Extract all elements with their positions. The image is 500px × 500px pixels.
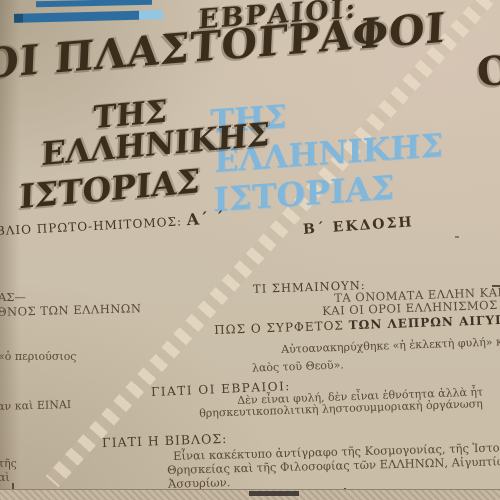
book-cover: ΤΗΣ ΕΛΛΗΝΙΚΗΣ ΙΣΤΟΡΙΑΣ ΕΒΡΑΙΟΙ: ΟΙ ΠΛΑΣΤ… (0, 0, 500, 500)
title-echo-istorias: ΙΣΤΟΡΙΑΣ (213, 171, 394, 217)
volume-number: Α΄ ´ (186, 208, 225, 229)
section2-line2: λαὸς τοῦ Θεοῦ». (252, 359, 344, 373)
section1-left-fragment1: ΑΣ— (0, 292, 26, 304)
section4-left-fragment2: αὶ (0, 472, 10, 483)
edition-label: Β΄ ΕΚΔΟΣΗ (303, 215, 414, 237)
scan-mark (455, 236, 459, 238)
scan-mark (492, 285, 500, 287)
section2-line1: Αὐτοανακηρύχθηκε «ἡ ἐκλεκτὴ φυλή» κ (281, 336, 500, 355)
title-cut-letter: Ο (476, 51, 500, 93)
volume-label-text: ΒΙΒΛΙΟ ΠΡΩΤΟ-ΗΜΙΤΟΜΟΣ: (0, 214, 182, 239)
section3-left-fragment: αν καὶ ΕΙΝΑΙ (0, 399, 71, 412)
section2-heading-plain: ΠΩΣ Ο ΣΥΡΦΕΤΟΣ (214, 318, 349, 337)
bottom-dark-bar (249, 491, 299, 496)
section1-left-fragment2: ΘΝΟΣ ΤΩΝ ΕΛΛΗΝΩΝ (0, 303, 142, 318)
section2-left-fragment: «ὁ περιούσιος (0, 351, 76, 362)
section4-left-fragment1: τῆς (0, 458, 17, 469)
